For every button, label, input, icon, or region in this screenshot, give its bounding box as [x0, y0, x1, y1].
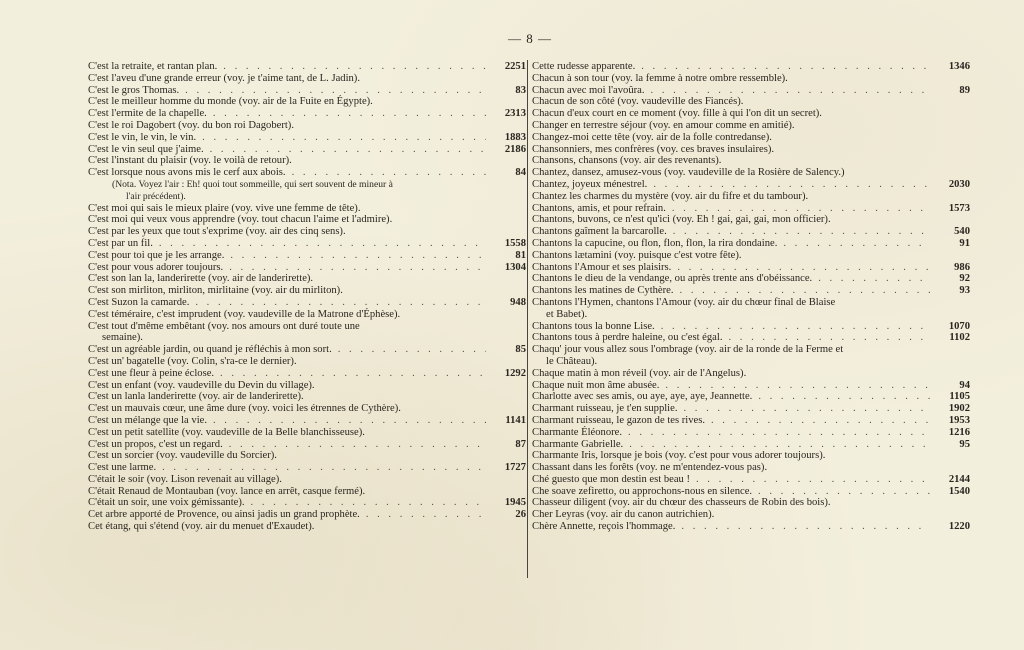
entry-title: Chaque matin à mon réveil (voy. air de l…	[532, 368, 746, 380]
index-entry: Chaque matin à mon réveil (voy. air de l…	[532, 368, 970, 380]
entry-title: C'est le vin seul que j'aime.	[88, 144, 204, 156]
entry-continuation: l'air précédent).	[112, 191, 526, 203]
dot-leader: . . . . . . . . . . . . . . . . . . . . …	[213, 108, 486, 120]
index-entry: C'est pour vous adorer toujours. . . . .…	[88, 262, 526, 274]
index-entry: C'est son lan la, landerirette (voy. air…	[88, 273, 526, 285]
entry-title: Che soave zefiretto, ou approchons-nous …	[532, 486, 752, 498]
page-reference: 1727	[492, 462, 526, 474]
entry-title: Cette rudesse apparente.	[532, 61, 635, 73]
page-reference: 91	[936, 238, 970, 250]
page-reference: 81	[492, 250, 526, 262]
entry-title: Charlotte avec ses amis, ou aye, aye, ay…	[532, 391, 752, 403]
entry-title: C'est Suzon la camarde.	[88, 297, 189, 309]
page-number: — 8 —	[500, 31, 560, 47]
page-reference: 87	[492, 439, 526, 451]
index-entry: Chacun d'eux court en ce moment (voy. fi…	[532, 108, 970, 120]
entry-title: C'était le soir (voy. Lison revenait au …	[88, 474, 282, 486]
entry-title: C'est son lan la, landerirette (voy. air…	[88, 273, 313, 285]
page-reference: 84	[492, 167, 526, 179]
dot-leader: . . . . . . . . . . . . . . . . . . . . …	[251, 497, 486, 509]
index-entry: Chantons gaîment la barcarolle. . . . . …	[532, 226, 970, 238]
index-entry: Chantons tous la bonne Lise. . . . . . .…	[532, 321, 970, 333]
dot-leader: . . . . . . . . . . . . . . . . . . . . …	[292, 167, 486, 179]
page-reference: 986	[936, 262, 970, 274]
page-reference: 92	[936, 273, 970, 285]
index-entry: C'est le meilleur homme du monde (voy. a…	[88, 96, 526, 108]
index-entry: Charmant ruisseau, je t'en supplie. . . …	[532, 403, 970, 415]
index-entry: Chantons, buvons, ce n'est qu'ici (voy. …	[532, 214, 970, 226]
page-reference: 1070	[936, 321, 970, 333]
dot-leader: . . . . . . . . . . . . . . . . . . . . …	[680, 285, 930, 297]
entry-title: Chantez, joyeux ménestrel.	[532, 179, 647, 191]
entry-title: C'est un enfant (voy. vaudeville du Devi…	[88, 380, 315, 392]
entry-title: C'est un' bagatelle (voy. Colin, s'ra-ce…	[88, 356, 297, 368]
index-entry: Changez-moi cette tête (voy. air de la f…	[532, 132, 970, 144]
entry-title: Changer en terrestre séjour (voy. en amo…	[532, 120, 795, 132]
index-entry: Charlotte avec ses amis, ou aye, aye, ay…	[532, 391, 970, 403]
page-reference: 2144	[936, 474, 970, 486]
dot-leader: . . . . . . . . . . . . . . . . . . . . …	[651, 85, 930, 97]
page-reference: 2251	[492, 61, 526, 73]
entry-title: Chantons gaîment la barcarolle.	[532, 226, 667, 238]
dot-leader: . . . . . . . . . . . . . . . . . . . . …	[159, 238, 486, 250]
dot-leader: . . . . . . . . . . . . . . . . . . . . …	[229, 439, 486, 451]
entry-title: Chère Annette, reçois l'hommage.	[532, 521, 675, 533]
dot-leader: . . . . . . . . . . . . . . . . . . . . …	[696, 474, 930, 486]
index-entry: C'est un sorcier (voy. vaudeville du Sor…	[88, 450, 526, 462]
dot-leader: . . . . . . . . . . . . . . . . . . . . …	[672, 203, 930, 215]
entry-title: C'est son mirliton, mirliton, mirlitaine…	[88, 285, 343, 297]
index-column-left: C'est la retraite, et rantan plan. . . .…	[88, 61, 526, 533]
entry-title: Charmant ruisseau, je t'en supplie.	[532, 403, 677, 415]
page-reference: 26	[492, 509, 526, 521]
dot-leader: . . . . . . . . . . . . . . . . . . . . …	[641, 61, 930, 73]
index-entry: Charmant ruisseau, le gazon de tes rives…	[532, 415, 970, 427]
entry-title: C'est une larme.	[88, 462, 156, 474]
page-reference: 1105	[936, 391, 970, 403]
index-entry: C'est un mélange que la vie. . . . . . .…	[88, 415, 526, 427]
page-reference: 1883	[492, 132, 526, 144]
entry-title: C'est le roi Dagobert (voy. du bon roi D…	[88, 120, 294, 132]
page-reference: 1945	[492, 497, 526, 509]
entry-title: Charmante Éléonore.	[532, 427, 622, 439]
index-entry: Chansonniers, mes confrères (voy. ces br…	[532, 144, 970, 156]
entry-title: Chantez, dansez, amusez-vous (voy. vaude…	[532, 167, 845, 179]
entry-title: Chantons la capucine, ou flon, flon, flo…	[532, 238, 777, 250]
entry-title: C'est tout d'même embêtant (voy. nos amo…	[88, 321, 360, 332]
entry-title: C'est un agréable jardin, ou quand je ré…	[88, 344, 332, 356]
entry-title: Chantons, buvons, ce n'est qu'ici (voy. …	[532, 214, 831, 226]
entry-title: Cet arbre apporté de Provence, ou ainsi …	[88, 509, 360, 521]
index-entry: C'était le soir (voy. Lison revenait au …	[88, 474, 526, 486]
entry-title: (Nota. Voyez l'air : Eh! quoi tout somme…	[112, 179, 393, 190]
index-entry: Chassant dans les forêts (voy. ne m'ente…	[532, 462, 970, 474]
index-entry: C'est lorsque nous avons mis le cerf aux…	[88, 167, 526, 179]
index-entry: C'est un lanla landerirette (voy. air de…	[88, 391, 526, 403]
dot-leader: . . . . . . . . . . . . . . . . . . . . …	[162, 462, 486, 474]
index-entry: C'est Suzon la camarde. . . . . . . . . …	[88, 297, 526, 309]
index-entry: C'est une larme. . . . . . . . . . . . .…	[88, 462, 526, 474]
entry-title: Chantons tous à perdre haleine, ou c'est…	[532, 332, 722, 344]
entry-title: C'est téméraire, c'est imprudent (voy. v…	[88, 309, 400, 321]
page-reference: 1346	[936, 61, 970, 73]
entry-title: C'est un mauvais cœur, une âme dure (voy…	[88, 403, 401, 415]
index-entry: Chantez les charmes du mystère (voy. air…	[532, 191, 970, 203]
index-entry: C'était un soir, une voix gémissante). .…	[88, 497, 526, 509]
dot-leader: . . . . . . . . . . . . . . . . . . . . …	[711, 415, 930, 427]
column-divider	[527, 60, 528, 578]
index-entry: Chacun de son côté (voy. vaudeville des …	[532, 96, 970, 108]
index-entry: C'est un petit satellite (voy. vaudevill…	[88, 427, 526, 439]
index-entry: Charmante Éléonore. . . . . . . . . . . …	[532, 427, 970, 439]
entry-title: C'est par un fil.	[88, 238, 153, 250]
index-entry: Chantons tous à perdre haleine, ou c'est…	[532, 332, 970, 344]
index-entry: C'est le gros Thomas. . . . . . . . . . …	[88, 85, 526, 97]
page-reference: 94	[936, 380, 970, 392]
entry-title: C'est un propos, c'est un regard.	[88, 439, 223, 451]
dot-leader: . . . . . . . . . . . . . . . . . . . . …	[229, 262, 486, 274]
entry-continuation: le Château).	[532, 356, 970, 368]
dot-leader: . . . . . . . . . . . . . . . . . . . . …	[220, 368, 486, 380]
entry-title: C'est pour toi que je les arrange.	[88, 250, 224, 262]
entry-title: Charmante Gabrielle.	[532, 439, 623, 451]
entry-title: C'est l'ermite de la chapelle.	[88, 108, 207, 120]
entry-title: Chantons lætamini (voy. puisque c'est vo…	[532, 250, 742, 262]
entry-continuation: et Babet).	[532, 309, 970, 321]
entry-title: Chacun à son tour (voy. la femme à notre…	[532, 73, 788, 85]
entry-title: Chantez les charmes du mystère (voy. air…	[532, 191, 808, 203]
dot-leader: . . . . . . . . . . . . . . . . . . . . …	[818, 273, 930, 285]
dot-leader: . . . . . . . . . . . . . . . . . . . . …	[728, 332, 930, 344]
index-entry: C'est pour toi que je les arrange. . . .…	[88, 250, 526, 262]
page-reference: 1953	[936, 415, 970, 427]
entry-title: C'est l'instant du plaisir (voy. le voil…	[88, 155, 292, 167]
index-entry: Chantons les matines de Cythère. . . . .…	[532, 285, 970, 297]
entry-title: Cher Leyras (voy. air du canon autrichie…	[532, 509, 714, 521]
index-entry: C'est un propos, c'est un regard. . . . …	[88, 439, 526, 451]
entry-title: Chantons l'Amour et ses plaisirs.	[532, 262, 671, 274]
dot-leader: . . . . . . . . . . . . . . . . . . . . …	[628, 427, 930, 439]
index-entry: Chasseur diligent (voy. air du chœur des…	[532, 497, 970, 509]
page-reference: 1558	[492, 238, 526, 250]
index-entry: C'est la retraite, et rantan plan. . . .…	[88, 61, 526, 73]
entry-title: C'est un mélange que la vie.	[88, 415, 207, 427]
index-entry: C'est l'instant du plaisir (voy. le voil…	[88, 155, 526, 167]
page-reference: 1102	[936, 332, 970, 344]
index-entry: Chantons la capucine, ou flon, flon, flo…	[532, 238, 970, 250]
dot-leader: . . . . . . . . . . . . . . . . . . . . …	[677, 262, 930, 274]
entry-title: C'est un petit satellite (voy. vaudevill…	[88, 427, 365, 439]
dot-leader: . . . . . . . . . . . . . . . . . . . . …	[223, 61, 486, 73]
entry-title: Chantons le dieu de la vendange, ou aprè…	[532, 273, 812, 285]
index-entry: (Nota. Voyez l'air : Eh! quoi tout somme…	[88, 179, 526, 203]
index-entry: C'est le vin, le vin, le vin. . . . . . …	[88, 132, 526, 144]
entry-title: Chansons, chansons (voy. air des revenan…	[532, 155, 721, 167]
page-reference: 89	[936, 85, 970, 97]
index-entry: Cet arbre apporté de Provence, ou ainsi …	[88, 509, 526, 521]
entry-title: Cet étang, qui s'étend (voy. air du menu…	[88, 521, 314, 533]
dot-leader: . . . . . . . . . . . . . . . . . . . . …	[195, 297, 486, 309]
index-entry: Cette rudesse apparente. . . . . . . . .…	[532, 61, 970, 73]
entry-title: C'est lorsque nous avons mis le cerf aux…	[88, 167, 286, 179]
index-entry: C'est l'aveu d'une grande erreur (voy. j…	[88, 73, 526, 85]
index-entry: C'est un mauvais cœur, une âme dure (voy…	[88, 403, 526, 415]
entry-title: Chansonniers, mes confrères (voy. ces br…	[532, 144, 774, 156]
index-entry: C'est le vin seul que j'aime. . . . . . …	[88, 144, 526, 156]
entry-title: Chaqu' jour vous allez sous l'ombrage (v…	[532, 344, 843, 355]
index-entry: C'est son mirliton, mirliton, mirlitaine…	[88, 285, 526, 297]
dot-leader: . . . . . . . . . . . . . . . . . . . . …	[366, 509, 486, 521]
index-entry: Chaqu' jour vous allez sous l'ombrage (v…	[532, 344, 970, 368]
entry-title: Chasseur diligent (voy. air du chœur des…	[532, 497, 831, 509]
entry-title: Chacun avec moi l'avoûra.	[532, 85, 645, 97]
entry-title: C'est par les yeux que tout s'exprime (v…	[88, 226, 346, 238]
index-entry: C'était Renaud de Montauban (voy. lance …	[88, 486, 526, 498]
index-entry: Chantons lætamini (voy. puisque c'est vo…	[532, 250, 970, 262]
index-entry: Ché guesto que mon destin est beau ! . .…	[532, 474, 970, 486]
entry-title: Charmant ruisseau, le gazon de tes rives…	[532, 415, 705, 427]
page-reference: 948	[492, 297, 526, 309]
entry-title: C'est le gros Thomas.	[88, 85, 179, 97]
page-reference: 1292	[492, 368, 526, 380]
entry-title: Chaque nuit mon âme abusée.	[532, 380, 659, 392]
index-entry: C'est moi qui sais le mieux plaire (voy.…	[88, 203, 526, 215]
index-entry: C'est téméraire, c'est imprudent (voy. v…	[88, 309, 526, 321]
page-reference: 1540	[936, 486, 970, 498]
entry-title: C'est une fleur à peine éclose.	[88, 368, 214, 380]
index-entry: C'est une fleur à peine éclose. . . . . …	[88, 368, 526, 380]
dot-leader: . . . . . . . . . . . . . . . . . . . . …	[653, 179, 930, 191]
page-reference: 1902	[936, 403, 970, 415]
page-reference: 93	[936, 285, 970, 297]
index-entry: Charmante Gabrielle. . . . . . . . . . .…	[532, 439, 970, 451]
entry-title: C'est un lanla landerirette (voy. air de…	[88, 391, 304, 403]
dot-leader: . . . . . . . . . . . . . . . . . . . . …	[783, 238, 930, 250]
dot-leader: . . . . . . . . . . . . . . . . . . . . …	[681, 521, 930, 533]
index-entry: Chacun à son tour (voy. la femme à notre…	[532, 73, 970, 85]
entry-title: C'est moi qui veux vous apprendre (voy. …	[88, 214, 392, 226]
entry-title: C'est moi qui sais le mieux plaire (voy.…	[88, 203, 360, 215]
index-entry: Che soave zefiretto, ou approchons-nous …	[532, 486, 970, 498]
entry-title: C'est le vin, le vin, le vin.	[88, 132, 196, 144]
index-column-right: Cette rudesse apparente. . . . . . . . .…	[532, 61, 970, 533]
dot-leader: . . . . . . . . . . . . . . . . . . . . …	[661, 321, 930, 333]
index-entry: C'est moi qui veux vous apprendre (voy. …	[88, 214, 526, 226]
index-entry: Chantons, amis, et pour refrain. . . . .…	[532, 203, 970, 215]
entry-title: C'est le meilleur homme du monde (voy. a…	[88, 96, 373, 108]
entry-title: Ché guesto que mon destin est beau !	[532, 474, 690, 486]
entry-title: C'est un sorcier (voy. vaudeville du Sor…	[88, 450, 277, 462]
index-entry: C'est un' bagatelle (voy. Colin, s'ra-ce…	[88, 356, 526, 368]
dot-leader: . . . . . . . . . . . . . . . . . . . . …	[673, 226, 930, 238]
entry-title: Chantons l'Hymen, chantons l'Amour (voy.…	[532, 297, 835, 308]
index-entry: C'est par les yeux que tout s'exprime (v…	[88, 226, 526, 238]
page-reference: 1573	[936, 203, 970, 215]
index-entry: C'est le roi Dagobert (voy. du bon roi D…	[88, 120, 526, 132]
index-entry: Cher Leyras (voy. air du canon autrichie…	[532, 509, 970, 521]
entry-title: C'est pour vous adorer toujours.	[88, 262, 223, 274]
entry-title: Chacun d'eux court en ce moment (voy. fi…	[532, 108, 822, 120]
index-entry: C'est un agréable jardin, ou quand je ré…	[88, 344, 526, 356]
index-entry: Chacun avec moi l'avoûra. . . . . . . . …	[532, 85, 970, 97]
entry-title: Chantons les matines de Cythère.	[532, 285, 674, 297]
page-reference: 1220	[936, 521, 970, 533]
dot-leader: . . . . . . . . . . . . . . . . . . . . …	[210, 144, 486, 156]
index-entry: C'est l'ermite de la chapelle. . . . . .…	[88, 108, 526, 120]
index-entry: C'est par un fil. . . . . . . . . . . . …	[88, 238, 526, 250]
index-entry: Chansons, chansons (voy. air des revenan…	[532, 155, 970, 167]
page-reference: 83	[492, 85, 526, 97]
index-entry: Charmante Iris, lorsque je bois (voy. c'…	[532, 450, 970, 462]
index-entry: Chantons l'Hymen, chantons l'Amour (voy.…	[532, 297, 970, 321]
index-entry: C'est tout d'même embêtant (voy. nos amo…	[88, 321, 526, 345]
entry-title: Chacun de son côté (voy. vaudeville des …	[532, 96, 743, 108]
page-reference: 1141	[492, 415, 526, 427]
entry-title: C'est la retraite, et rantan plan.	[88, 61, 217, 73]
entry-continuation: semaine).	[88, 332, 526, 344]
dot-leader: . . . . . . . . . . . . . . . . . . . . …	[213, 415, 486, 427]
index-entry: Chantez, dansez, amusez-vous (voy. vaude…	[532, 167, 970, 179]
index-entry: Cet étang, qui s'étend (voy. air du menu…	[88, 521, 526, 533]
index-entry: Chantons l'Amour et ses plaisirs. . . . …	[532, 262, 970, 274]
entry-title: Changez-moi cette tête (voy. air de la f…	[532, 132, 772, 144]
dot-leader: . . . . . . . . . . . . . . . . . . . . …	[629, 439, 930, 451]
index-entry: Chaque nuit mon âme abusée. . . . . . . …	[532, 380, 970, 392]
entry-title: Chantons tous la bonne Lise.	[532, 321, 655, 333]
dot-leader: . . . . . . . . . . . . . . . . . . . . …	[665, 380, 930, 392]
index-entry: Chantons le dieu de la vendange, ou aprè…	[532, 273, 970, 285]
index-entry: Changer en terrestre séjour (voy. en amo…	[532, 120, 970, 132]
page-reference: 540	[936, 226, 970, 238]
dot-leader: . . . . . . . . . . . . . . . . . . . . …	[230, 250, 486, 262]
entry-title: Chantons, amis, et pour refrain.	[532, 203, 666, 215]
entry-title: Charmante Iris, lorsque je bois (voy. c'…	[532, 450, 825, 462]
dot-leader: . . . . . . . . . . . . . . . . . . . . …	[683, 403, 930, 415]
page-reference: 2030	[936, 179, 970, 191]
dot-leader: . . . . . . . . . . . . . . . . . . . . …	[758, 391, 930, 403]
page-reference: 1216	[936, 427, 970, 439]
dot-leader: . . . . . . . . . . . . . . . . . . . . …	[758, 486, 930, 498]
page-reference: 2313	[492, 108, 526, 120]
dot-leader: . . . . . . . . . . . . . . . . . . . . …	[202, 132, 486, 144]
index-entry: Chantez, joyeux ménestrel. . . . . . . .…	[532, 179, 970, 191]
page-reference: 95	[936, 439, 970, 451]
dot-leader: . . . . . . . . . . . . . . . . . . . . …	[185, 85, 486, 97]
dot-leader: . . . . . . . . . . . . . . . . . . . . …	[338, 344, 486, 356]
page-reference: 2186	[492, 144, 526, 156]
entry-title: Chassant dans les forêts (voy. ne m'ente…	[532, 462, 767, 474]
entry-title: C'était Renaud de Montauban (voy. lance …	[88, 486, 365, 498]
index-entry: Chère Annette, reçois l'hommage. . . . .…	[532, 521, 970, 533]
entry-title: C'est l'aveu d'une grande erreur (voy. j…	[88, 73, 360, 85]
page-reference: 1304	[492, 262, 526, 274]
index-entry: C'est un enfant (voy. vaudeville du Devi…	[88, 380, 526, 392]
entry-title: C'était un soir, une voix gémissante).	[88, 497, 245, 509]
page-reference: 85	[492, 344, 526, 356]
